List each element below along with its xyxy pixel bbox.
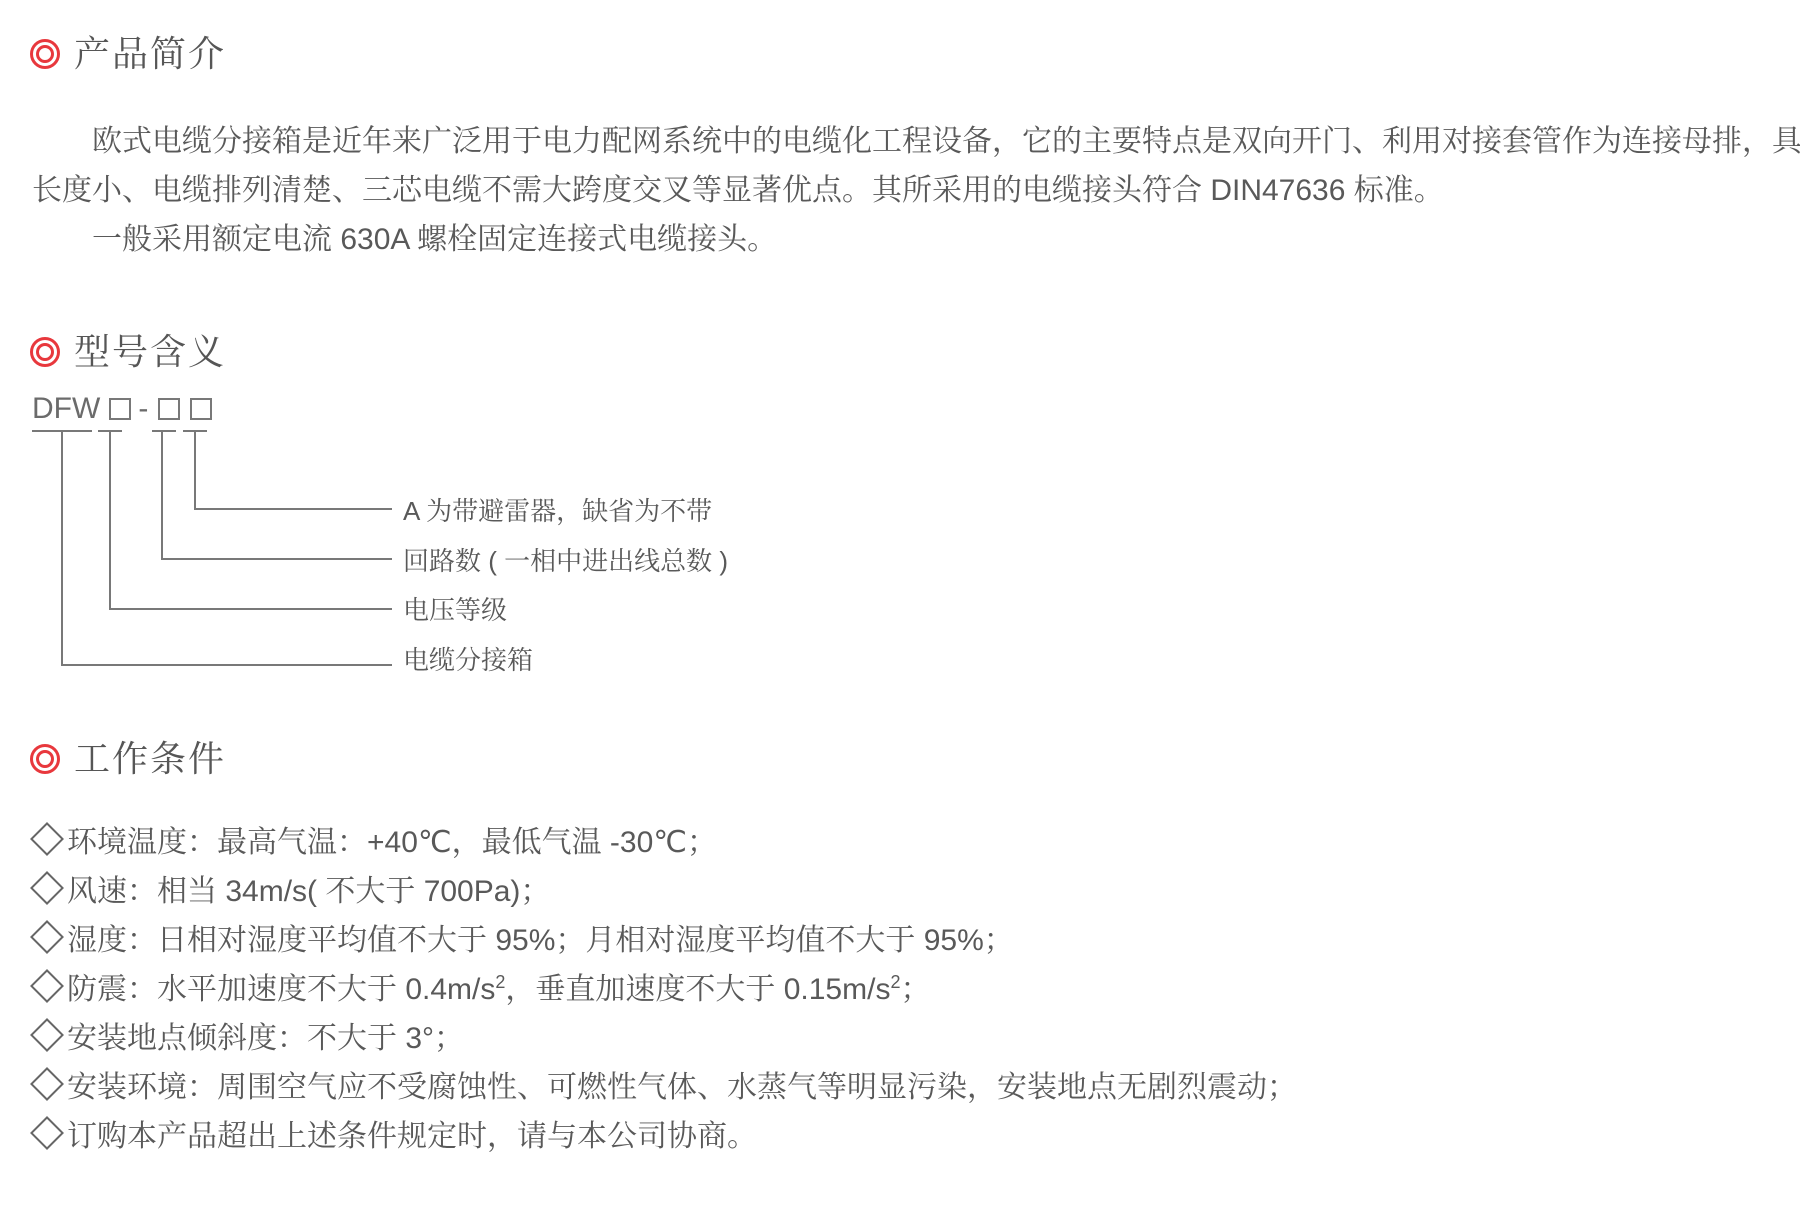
product-document-page: 产品简介 欧式电缆分接箱是近年来广泛用于电力配网系统中的电缆化工程设备，它的主要… [0, 0, 1800, 1205]
condition-item-humidity: 湿度：日相对湿度平均值不大于 95%；月相对湿度平均值不大于 95%； [30, 912, 1297, 961]
condition-text: 环境温度：最高气温：+40℃，最低气温 -30℃； [67, 817, 717, 861]
condition-text: 风速：相当 34m/s( 不大于 700Pa)； [67, 866, 550, 910]
condition-item-temperature: 环境温度：最高气温：+40℃，最低气温 -30℃； [30, 814, 1297, 863]
conditions-list: 环境温度：最高气温：+40℃，最低气温 -30℃； 风速：相当 34m/s( 不… [30, 814, 1297, 1157]
condition-text: 防震：水平加速度不大于 0.4m/s2，垂直加速度不大于 0.15m/s2； [67, 964, 930, 1008]
diagram-label-arrester: A 为带避雷器，缺省为不带 [403, 497, 712, 525]
model-title: 型号含义 [74, 330, 226, 374]
condition-text: 湿度：日相对湿度平均值不大于 95%；月相对湿度平均值不大于 95%； [67, 915, 1014, 959]
diamond-bullet-icon [30, 1067, 64, 1101]
model-code-prefix: DFW [32, 392, 100, 426]
diamond-bullet-icon [30, 871, 64, 905]
condition-text: 安装环境：周围空气应不受腐蚀性、可燃性气体、水蒸气等明显污染，安装地点无剧烈震动… [67, 1062, 1297, 1106]
intro-line: 欧式电缆分接箱是近年来广泛用于电力配网系统中的电缆化工程设备，它的主要特点是双向… [32, 117, 1800, 166]
condition-item-environment: 安装环境：周围空气应不受腐蚀性、可燃性气体、水蒸气等明显污染，安装地点无剧烈震动… [30, 1059, 1297, 1108]
diamond-bullet-icon [30, 822, 64, 856]
condition-text: 订购本产品超出上述条件规定时，请与本公司协商。 [67, 1111, 757, 1155]
intro-paragraph: 欧式电缆分接箱是近年来广泛用于电力配网系统中的电缆化工程设备，它的主要特点是双向… [32, 117, 1800, 264]
superscript-2: 2 [890, 972, 900, 992]
diagram-label-cable-box: 电缆分接箱 [403, 646, 533, 674]
diamond-bullet-icon [30, 1116, 64, 1150]
bullseye-icon [30, 337, 60, 367]
intro-title: 产品简介 [74, 32, 226, 76]
model-code: DFW - [32, 394, 212, 424]
model-code-placeholder-box [109, 398, 131, 420]
bullseye-icon [30, 744, 60, 774]
model-code-dash: - [138, 392, 148, 426]
bullseye-icon [30, 39, 60, 69]
model-code-placeholder-box [158, 398, 180, 420]
condition-item-vibration: 防震：水平加速度不大于 0.4m/s2，垂直加速度不大于 0.15m/s2； [30, 961, 1297, 1010]
condition-item-tilt: 安装地点倾斜度：不大于 3°； [30, 1010, 1297, 1059]
condition-item-ordering: 订购本产品超出上述条件规定时，请与本公司协商。 [30, 1108, 1297, 1157]
intro-line: 长度小、电缆排列清楚、三芯电缆不需大跨度交叉等显著优点。其所采用的电缆接头符合 … [32, 166, 1800, 215]
model-code-placeholder-box [190, 398, 212, 420]
superscript-2: 2 [495, 972, 505, 992]
diagram-label-circuits: 回路数 ( 一相中进出线总数 ) [403, 547, 728, 575]
section-heading-conditions: 工作条件 [30, 737, 226, 781]
section-heading-intro: 产品简介 [30, 32, 226, 76]
diamond-bullet-icon [30, 1018, 64, 1052]
diamond-bullet-icon [30, 920, 64, 954]
diamond-bullet-icon [30, 969, 64, 1003]
section-heading-model: 型号含义 [30, 330, 226, 374]
diagram-label-voltage: 电压等级 [403, 596, 507, 624]
conditions-title: 工作条件 [74, 737, 226, 781]
intro-line: 一般采用额定电流 630A 螺栓固定连接式电缆接头。 [32, 215, 1800, 264]
condition-text: 安装地点倾斜度：不大于 3°； [67, 1013, 464, 1057]
condition-item-wind: 风速：相当 34m/s( 不大于 700Pa)； [30, 863, 1297, 912]
diagram-connector-line [194, 432, 392, 510]
